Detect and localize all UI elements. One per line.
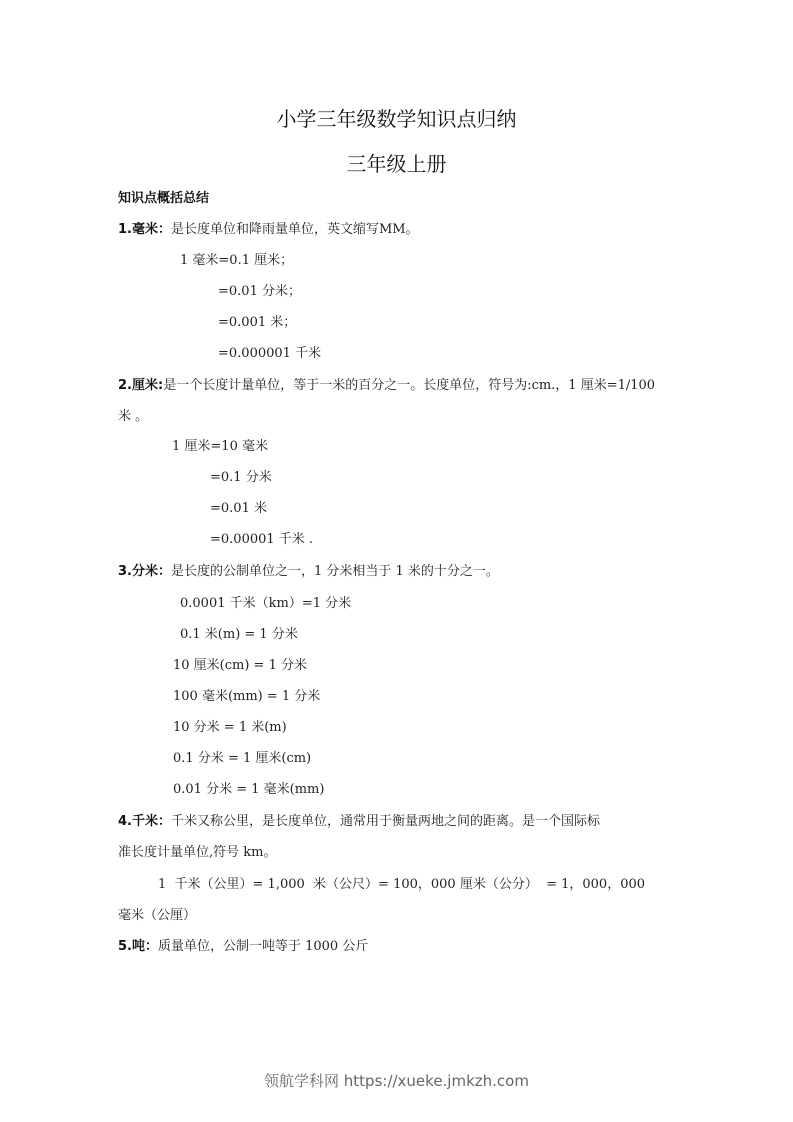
item-2-definition: 是一个长度计量单位，等于一米的百分之一。长度单位，符号为:cm.，1 厘米=1/… <box>163 378 655 393</box>
item-2-conversion: =0.01 米 <box>210 497 267 516</box>
item-1-conversion: =0.000001 千米 <box>218 342 321 361</box>
item-3-conversion: 0.01 分米 = 1 毫米(mm) <box>173 778 324 797</box>
item-4-term: 4.千米： <box>118 814 171 829</box>
item-3-conversion: 0.1 米(m) = 1 分米 <box>180 623 298 642</box>
item-5-term: 5.吨： <box>118 939 158 954</box>
item-4-line: 4.千米：千米又称公里，是长度单位，通常用于衡量两地之间的距离。是一个国际标 <box>118 810 600 829</box>
item-4-definition: 千米又称公里，是长度单位，通常用于衡量两地之间的距离。是一个国际标 <box>171 814 600 829</box>
item-3-definition: 是长度的公制单位之一，1 分米相当于 1 米的十分之一。 <box>171 564 499 579</box>
item-5-definition: 质量单位，公制一吨等于 1000 公斤 <box>158 939 368 954</box>
item-2-line: 2.厘米:是一个长度计量单位，等于一米的百分之一。长度单位，符号为:cm.，1 … <box>118 374 655 393</box>
item-1-conversion: =0.01 分米； <box>218 280 301 299</box>
item-3-conversion: 100 毫米(mm) = 1 分米 <box>173 685 320 704</box>
item-5-line: 5.吨：质量单位，公制一吨等于 1000 公斤 <box>118 935 368 954</box>
document-title: 小学三年级数学知识点归纳 <box>0 103 793 132</box>
footer-watermark: 领航学科网 https://xueke.jmkzh.com <box>0 1070 793 1091</box>
item-1-line: 1.毫米：是长度单位和降雨量单位，英文缩写MM。 <box>118 218 419 237</box>
item-2-definition-cont: 米 。 <box>118 405 148 424</box>
item-4-conversion: 1 千米（公里）= 1,000 米（公尺）= 100，000 厘米（公分） = … <box>158 873 645 892</box>
item-3-conversion: 0.1 分米 = 1 厘米(cm) <box>173 747 311 766</box>
item-1-term: 1.毫米： <box>118 222 171 237</box>
item-4-conversion-cont: 毫米（公厘） <box>118 904 196 923</box>
item-3-conversion: 10 分米 = 1 米(m) <box>173 716 287 735</box>
item-3-conversion: 10 厘米(cm) = 1 分米 <box>173 654 307 673</box>
item-2-term: 2.厘米: <box>118 378 163 393</box>
item-2-conversion: =0.00001 千米 . <box>210 528 313 547</box>
item-1-conversion: =0.001 米； <box>218 311 296 330</box>
item-2-conversion: 1 厘米=10 毫米 <box>172 435 268 454</box>
item-4-definition-cont: 准长度计量单位,符号 km。 <box>118 841 276 860</box>
item-1-definition: 是长度单位和降雨量单位，英文缩写MM。 <box>171 222 419 237</box>
item-3-term: 3.分米： <box>118 564 171 579</box>
section-heading: 知识点概括总结 <box>118 187 209 206</box>
item-2-conversion: =0.1 分米 <box>210 466 272 485</box>
item-3-conversion: 0.0001 千米（km）=1 分米 <box>180 592 351 611</box>
item-1-conversion: 1 毫米=0.1 厘米； <box>180 249 293 268</box>
item-3-line: 3.分米：是长度的公制单位之一，1 分米相当于 1 米的十分之一。 <box>118 560 499 579</box>
document-subtitle: 三年级上册 <box>0 148 793 177</box>
